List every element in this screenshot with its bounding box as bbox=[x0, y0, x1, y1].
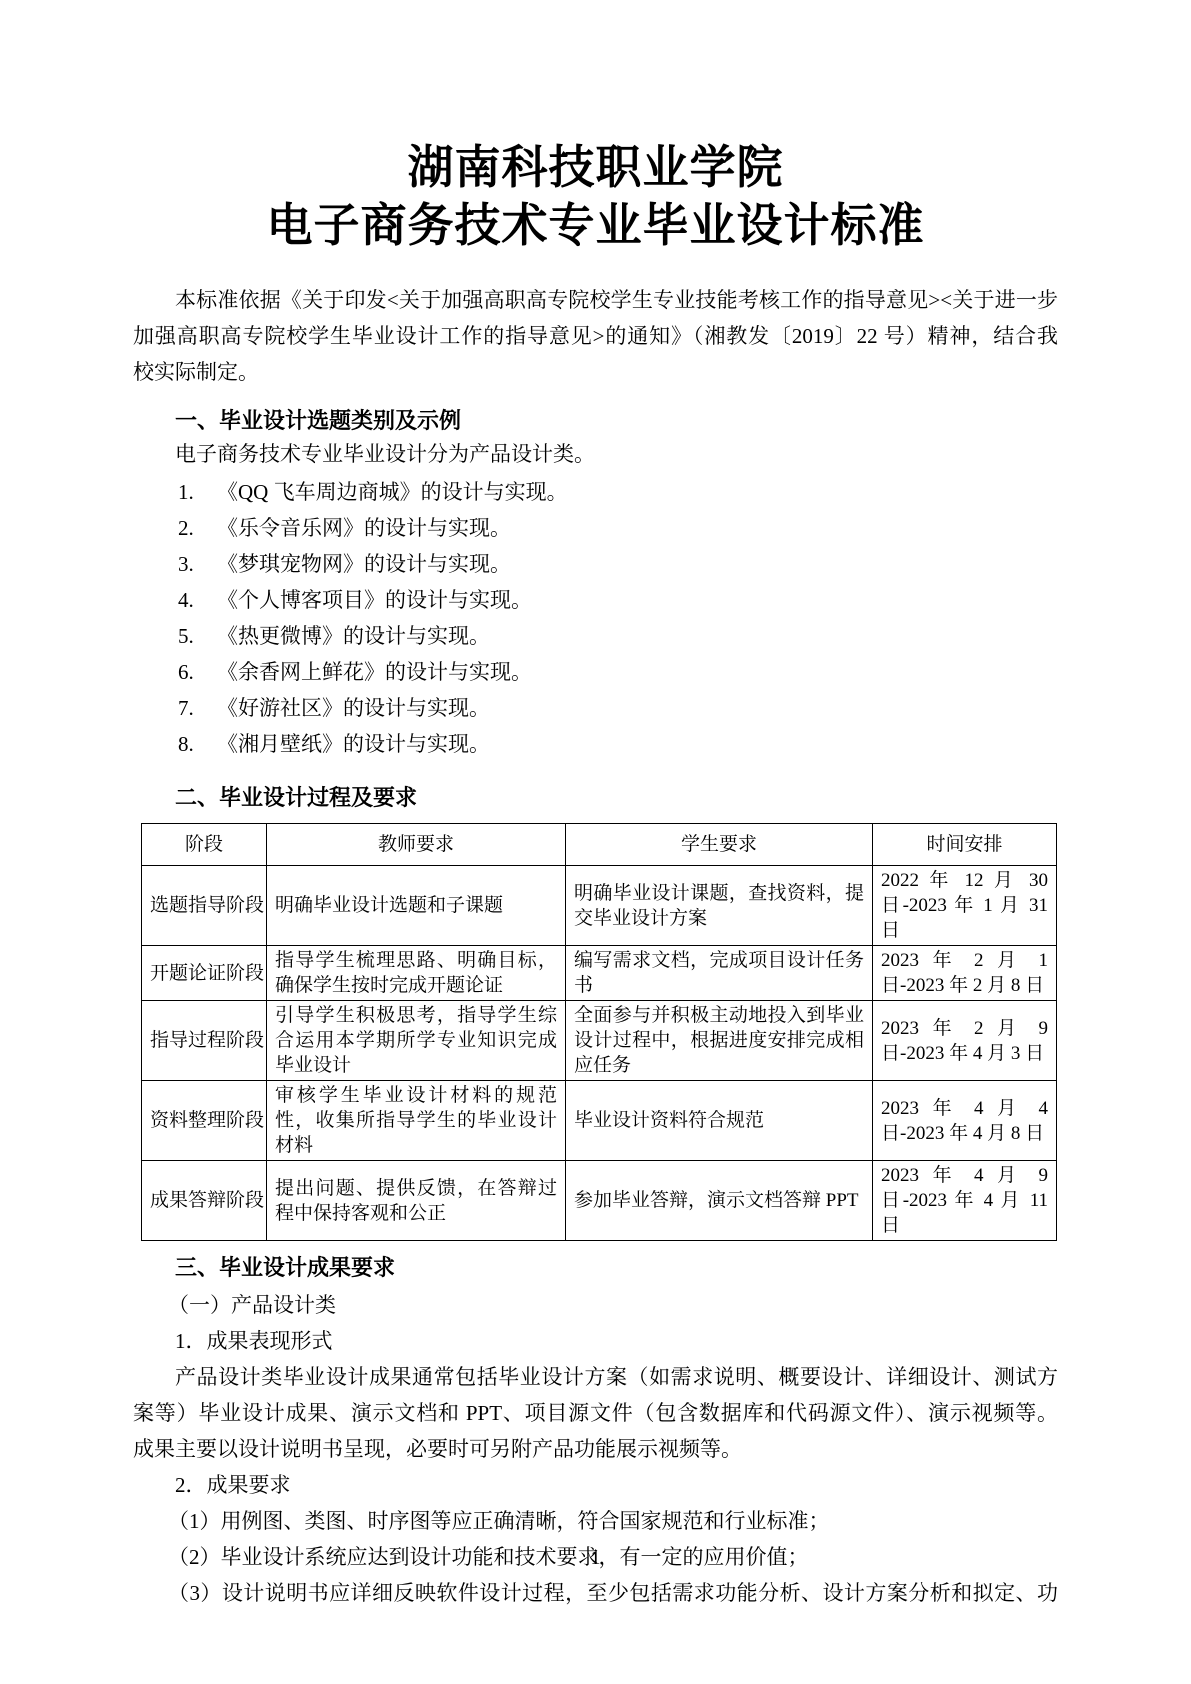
stage-cell: 指导过程阶段 bbox=[142, 1001, 267, 1081]
list-item-text: 《乐令音乐网》的设计与实现。 bbox=[217, 516, 511, 540]
requirement-line: （1）用例图、类图、时序图等应正确清晰，符合国家规范和行业标准； bbox=[133, 1503, 1058, 1539]
list-item-number: 8. bbox=[178, 726, 217, 762]
teacher-cell: 提出问题、提供反馈，在答辩过程中保持客观和公正 bbox=[267, 1161, 566, 1241]
list-item-text: 《QQ 飞车周边商城》的设计与实现。 bbox=[217, 480, 568, 504]
list-item-number: 4. bbox=[178, 582, 217, 618]
section-2-heading: 二、毕业设计过程及要求 bbox=[133, 783, 1058, 813]
stage-cell: 开题论证阶段 bbox=[142, 946, 267, 1001]
teacher-cell: 引导学生积极思考，指导学生综合运用本学期所学专业知识完成毕业设计 bbox=[267, 1001, 566, 1081]
table-row: 开题论证阶段 指导学生梳理思路、明确目标，确保学生按时完成开题论证 编写需求文档… bbox=[142, 946, 1057, 1001]
student-cell: 参加毕业答辩，演示文档答辩 PPT bbox=[566, 1161, 873, 1241]
title-line-1: 湖南科技职业学院 bbox=[133, 138, 1058, 196]
list-item: 4.《个人博客项目》的设计与实现。 bbox=[133, 582, 1058, 618]
list-item-text: 《余香网上鲜花》的设计与实现。 bbox=[217, 660, 532, 684]
page-number: 1 bbox=[0, 1546, 1191, 1570]
document-content: 湖南科技职业学院 电子商务技术专业毕业设计标准 本标准依据《关于印发<关于加强高… bbox=[0, 138, 1191, 1611]
stage-cell: 成果答辩阶段 bbox=[142, 1161, 267, 1241]
list-item-text: 《梦琪宠物网》的设计与实现。 bbox=[217, 552, 511, 576]
table-header-row: 阶段 教师要求 学生要求 时间安排 bbox=[142, 824, 1057, 866]
time-cell: 2023 年 4 月 4 日-2023 年 4 月 8 日 bbox=[873, 1081, 1057, 1161]
table-row: 资料整理阶段 审核学生毕业设计材料的规范性，收集所指导学生的毕业设计材料 毕业设… bbox=[142, 1081, 1057, 1161]
column-header-student: 学生要求 bbox=[566, 824, 873, 866]
topic-list: 1.《QQ 飞车周边商城》的设计与实现。 2.《乐令音乐网》的设计与实现。 3.… bbox=[133, 474, 1058, 762]
time-cell: 2022 年 12 月 30 日-2023 年 1 月 31 日 bbox=[873, 866, 1057, 946]
teacher-cell: 审核学生毕业设计材料的规范性，收集所指导学生的毕业设计材料 bbox=[267, 1081, 566, 1161]
intro-line: 加强高职高专院校学生毕业设计工作的指导意见>的通知》（湘教发〔2019〕22 号… bbox=[133, 318, 1058, 354]
student-cell: 编写需求文档，完成项目设计任务书 bbox=[566, 946, 873, 1001]
paragraph-line: 成果主要以设计说明书呈现，必要时可另附产品功能展示视频等。 bbox=[133, 1431, 1058, 1467]
teacher-cell: 明确毕业设计选题和子课题 bbox=[267, 866, 566, 946]
time-cell: 2023 年 4 月 9 日-2023 年 4 月 11 日 bbox=[873, 1161, 1057, 1241]
intro-line: 校实际制定。 bbox=[133, 354, 1058, 390]
column-header-teacher: 教师要求 bbox=[267, 824, 566, 866]
list-item-text: 《个人博客项目》的设计与实现。 bbox=[217, 588, 532, 612]
table-row: 选题指导阶段 明确毕业设计选题和子课题 明确毕业设计课题，查找资料，提交毕业设计… bbox=[142, 866, 1057, 946]
list-item: 8.《湘月壁纸》的设计与实现。 bbox=[133, 726, 1058, 762]
table-row: 指导过程阶段 引导学生积极思考，指导学生综合运用本学期所学专业知识完成毕业设计 … bbox=[142, 1001, 1057, 1081]
time-cell: 2023 年 2 月 1 日-2023 年 2 月 8 日 bbox=[873, 946, 1057, 1001]
list-item-number: 5. bbox=[178, 618, 217, 654]
column-header-time: 时间安排 bbox=[873, 824, 1057, 866]
process-table: 阶段 教师要求 学生要求 时间安排 选题指导阶段 明确毕业设计选题和子课题 明确… bbox=[141, 823, 1057, 1241]
requirement-line: （3）设计说明书应详细反映软件设计过程，至少包括需求功能分析、设计方案分析和拟定… bbox=[133, 1575, 1058, 1611]
list-item: 7.《好游社区》的设计与实现。 bbox=[133, 690, 1058, 726]
table-row: 成果答辩阶段 提出问题、提供反馈，在答辩过程中保持客观和公正 参加毕业答辩，演示… bbox=[142, 1161, 1057, 1241]
section-3-item-2: 2．成果要求 bbox=[133, 1467, 1058, 1503]
student-cell: 全面参与并积极主动地投入到毕业设计过程中，根据进度安排完成相应任务 bbox=[566, 1001, 873, 1081]
list-item-number: 2. bbox=[178, 510, 217, 546]
intro-paragraph: 本标准依据《关于印发<关于加强高职高专院校学生专业技能考核工作的指导意见><关于… bbox=[133, 282, 1058, 390]
teacher-cell: 指导学生梳理思路、明确目标，确保学生按时完成开题论证 bbox=[267, 946, 566, 1001]
column-header-stage: 阶段 bbox=[142, 824, 267, 866]
list-item: 2.《乐令音乐网》的设计与实现。 bbox=[133, 510, 1058, 546]
section-3-subheading: （一）产品设计类 bbox=[133, 1287, 1058, 1323]
student-cell: 毕业设计资料符合规范 bbox=[566, 1081, 873, 1161]
list-item-text: 《热更微博》的设计与实现。 bbox=[217, 624, 490, 648]
document-page: 湖南科技职业学院 电子商务技术专业毕业设计标准 本标准依据《关于印发<关于加强高… bbox=[0, 0, 1191, 1684]
time-cell: 2023 年 2 月 9 日-2023 年 4 月 3 日 bbox=[873, 1001, 1057, 1081]
stage-cell: 选题指导阶段 bbox=[142, 866, 267, 946]
title-line-2: 电子商务技术专业毕业设计标准 bbox=[133, 196, 1058, 254]
section-1-lead: 电子商务技术专业毕业设计分为产品设计类。 bbox=[133, 436, 1058, 472]
stage-cell: 资料整理阶段 bbox=[142, 1081, 267, 1161]
list-item: 3.《梦琪宠物网》的设计与实现。 bbox=[133, 546, 1058, 582]
intro-line: 本标准依据《关于印发<关于加强高职高专院校学生专业技能考核工作的指导意见><关于… bbox=[133, 282, 1058, 318]
list-item-number: 7. bbox=[178, 690, 217, 726]
list-item: 1.《QQ 飞车周边商城》的设计与实现。 bbox=[133, 474, 1058, 510]
section-3-item-1: 1．成果表现形式 bbox=[133, 1323, 1058, 1359]
list-item: 5.《热更微博》的设计与实现。 bbox=[133, 618, 1058, 654]
list-item: 6.《余香网上鲜花》的设计与实现。 bbox=[133, 654, 1058, 690]
list-item-text: 《好游社区》的设计与实现。 bbox=[217, 696, 490, 720]
section-1-heading: 一、毕业设计选题类别及示例 bbox=[133, 406, 1058, 436]
list-item-number: 6. bbox=[178, 654, 217, 690]
list-item-number: 1. bbox=[178, 474, 217, 510]
paragraph-line: 案等）毕业设计成果、演示文档和 PPT、项目源文件（包含数据库和代码源文件）、演… bbox=[133, 1395, 1058, 1431]
list-item-number: 3. bbox=[178, 546, 217, 582]
section-3-heading: 三、毕业设计成果要求 bbox=[133, 1253, 1058, 1283]
student-cell: 明确毕业设计课题，查找资料，提交毕业设计方案 bbox=[566, 866, 873, 946]
paragraph-line: 产品设计类毕业设计成果通常包括毕业设计方案（如需求说明、概要设计、详细设计、测试… bbox=[133, 1359, 1058, 1395]
document-title: 湖南科技职业学院 电子商务技术专业毕业设计标准 bbox=[133, 138, 1058, 254]
list-item-text: 《湘月壁纸》的设计与实现。 bbox=[217, 732, 490, 756]
